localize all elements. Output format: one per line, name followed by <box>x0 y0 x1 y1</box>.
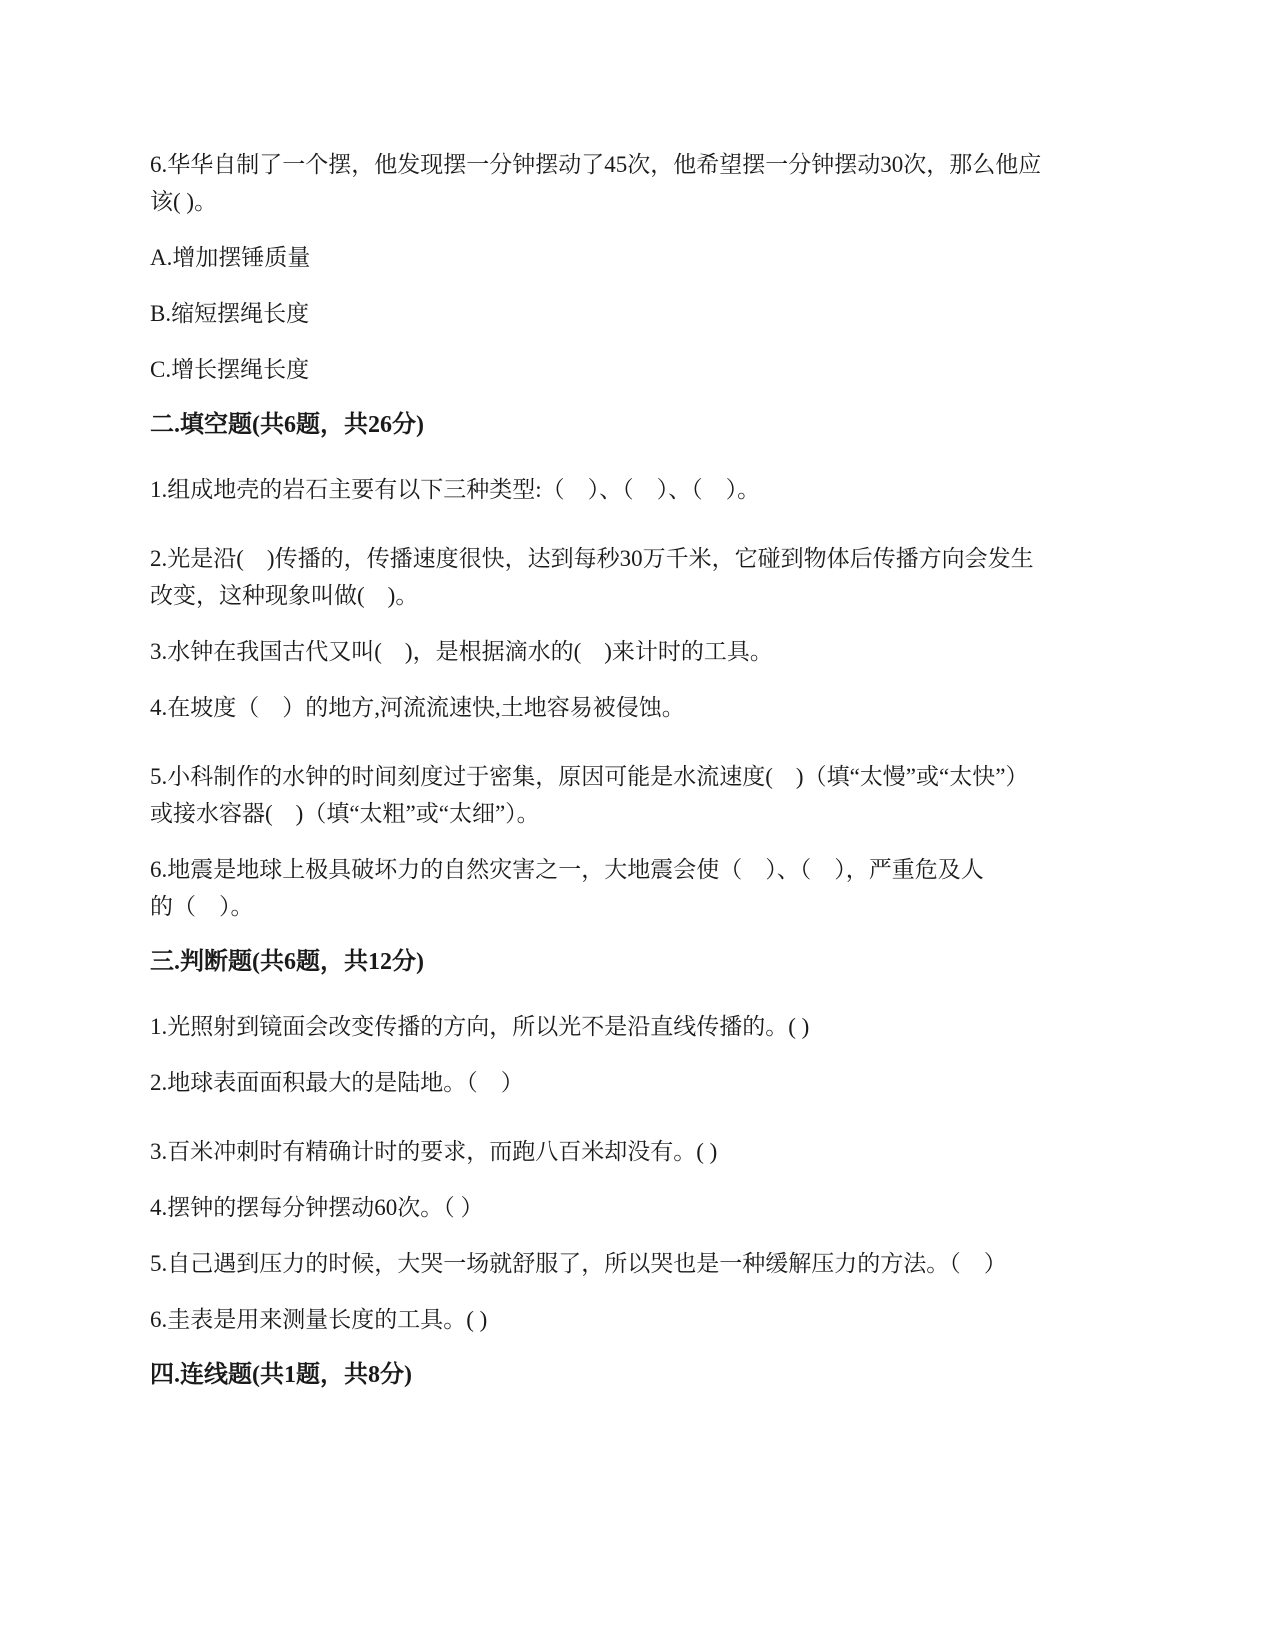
fill-question-2-line-2: 改变，这种现象叫做( )。 <box>150 577 1150 614</box>
tf-question-1-line-1: 1.光照射到镜面会改变传播的方向，所以光不是沿直线传播的。( ) <box>150 1008 1150 1045</box>
exam-paper-page: 6.华华自制了一个摆，他发现摆一分钟摆动了45次，他希望摆一分钟摆动30次，那么… <box>150 146 1150 1421</box>
section-header-matching: 四.连线题(共1题，共8分) <box>150 1357 1150 1394</box>
mc-option-a-label: A.增加摆锤质量 <box>150 239 1150 276</box>
fill-question-3-line-1: 3.水钟在我国古代又叫( )，是根据滴水的( )来计时的工具。 <box>150 633 1150 670</box>
fill-question-6-line-1: 6.地震是地球上极具破坏力的自然灾害之一，大地震会使（ ）、（ ），严重危及人 <box>150 851 1150 888</box>
section-header-true-false: 三.判断题(共6题，共12分) <box>150 944 1150 981</box>
section-header-fill-in-blanks: 二.填空题(共6题，共26分) <box>150 407 1150 444</box>
tf-question-2-line-1: 2.地球表面面积最大的是陆地。（ ） <box>150 1064 1150 1101</box>
fill-question-5: 5.小科制作的水钟的时间刻度过于密集，原因可能是水流速度( )（填“太慢”或“太… <box>150 758 1150 832</box>
fill-question-3: 3.水钟在我国古代又叫( )，是根据滴水的( )来计时的工具。 <box>150 633 1150 670</box>
tf-question-6: 6.圭表是用来测量长度的工具。( ) <box>150 1301 1150 1338</box>
tf-question-5-line-1: 5.自己遇到压力的时候，大哭一场就舒服了，所以哭也是一种缓解压力的方法。（ ） <box>150 1245 1150 1282</box>
mc-option-c-label: C.增长摆绳长度 <box>150 351 1150 388</box>
fill-question-5-line-1: 5.小科制作的水钟的时间刻度过于密集，原因可能是水流速度( )（填“太慢”或“太… <box>150 758 1150 795</box>
fill-question-6: 6.地震是地球上极具破坏力的自然灾害之一，大地震会使（ ）、（ ），严重危及人 … <box>150 851 1150 925</box>
fill-question-4-line-1: 4.在坡度（ ）的地方,河流流速快,土地容易被侵蚀。 <box>150 689 1150 726</box>
tf-question-1: 1.光照射到镜面会改变传播的方向，所以光不是沿直线传播的。( ) <box>150 1008 1150 1045</box>
tf-question-5: 5.自己遇到压力的时候，大哭一场就舒服了，所以哭也是一种缓解压力的方法。（ ） <box>150 1245 1150 1282</box>
fill-question-6-line-2: 的（ ）。 <box>150 888 1150 925</box>
tf-question-6-line-1: 6.圭表是用来测量长度的工具。( ) <box>150 1301 1150 1338</box>
mc-option-a: A.增加摆锤质量 <box>150 239 1150 276</box>
tf-question-4-line-1: 4.摆钟的摆每分钟摆动60次。（ ） <box>150 1189 1150 1226</box>
tf-question-3: 3.百米冲刺时有精确计时的要求，而跑八百米却没有。( ) <box>150 1133 1150 1170</box>
mc-question-6: 6.华华自制了一个摆，他发现摆一分钟摆动了45次，他希望摆一分钟摆动30次，那么… <box>150 146 1150 220</box>
tf-question-4: 4.摆钟的摆每分钟摆动60次。（ ） <box>150 1189 1150 1226</box>
mc-question-6-line-1: 6.华华自制了一个摆，他发现摆一分钟摆动了45次，他希望摆一分钟摆动30次，那么… <box>150 146 1150 183</box>
tf-question-3-line-1: 3.百米冲刺时有精确计时的要求，而跑八百米却没有。( ) <box>150 1133 1150 1170</box>
fill-question-2-line-1: 2.光是沿( )传播的，传播速度很快，达到每秒30万千米，它碰到物体后传播方向会… <box>150 540 1150 577</box>
mc-option-b: B.缩短摆绳长度 <box>150 295 1150 332</box>
fill-question-1-line-1: 1.组成地壳的岩石主要有以下三种类型:（ ）、（ ）、（ ）。 <box>150 471 1150 508</box>
mc-question-6-line-2: 该( )。 <box>150 183 1150 220</box>
fill-question-2: 2.光是沿( )传播的，传播速度很快，达到每秒30万千米，它碰到物体后传播方向会… <box>150 540 1150 614</box>
mc-option-c: C.增长摆绳长度 <box>150 351 1150 388</box>
tf-question-2: 2.地球表面面积最大的是陆地。（ ） <box>150 1064 1150 1101</box>
fill-question-4: 4.在坡度（ ）的地方,河流流速快,土地容易被侵蚀。 <box>150 689 1150 726</box>
fill-question-1: 1.组成地壳的岩石主要有以下三种类型:（ ）、（ ）、（ ）。 <box>150 471 1150 508</box>
mc-option-b-label: B.缩短摆绳长度 <box>150 295 1150 332</box>
fill-question-5-line-2: 或接水容器( )（填“太粗”或“太细”）。 <box>150 795 1150 832</box>
